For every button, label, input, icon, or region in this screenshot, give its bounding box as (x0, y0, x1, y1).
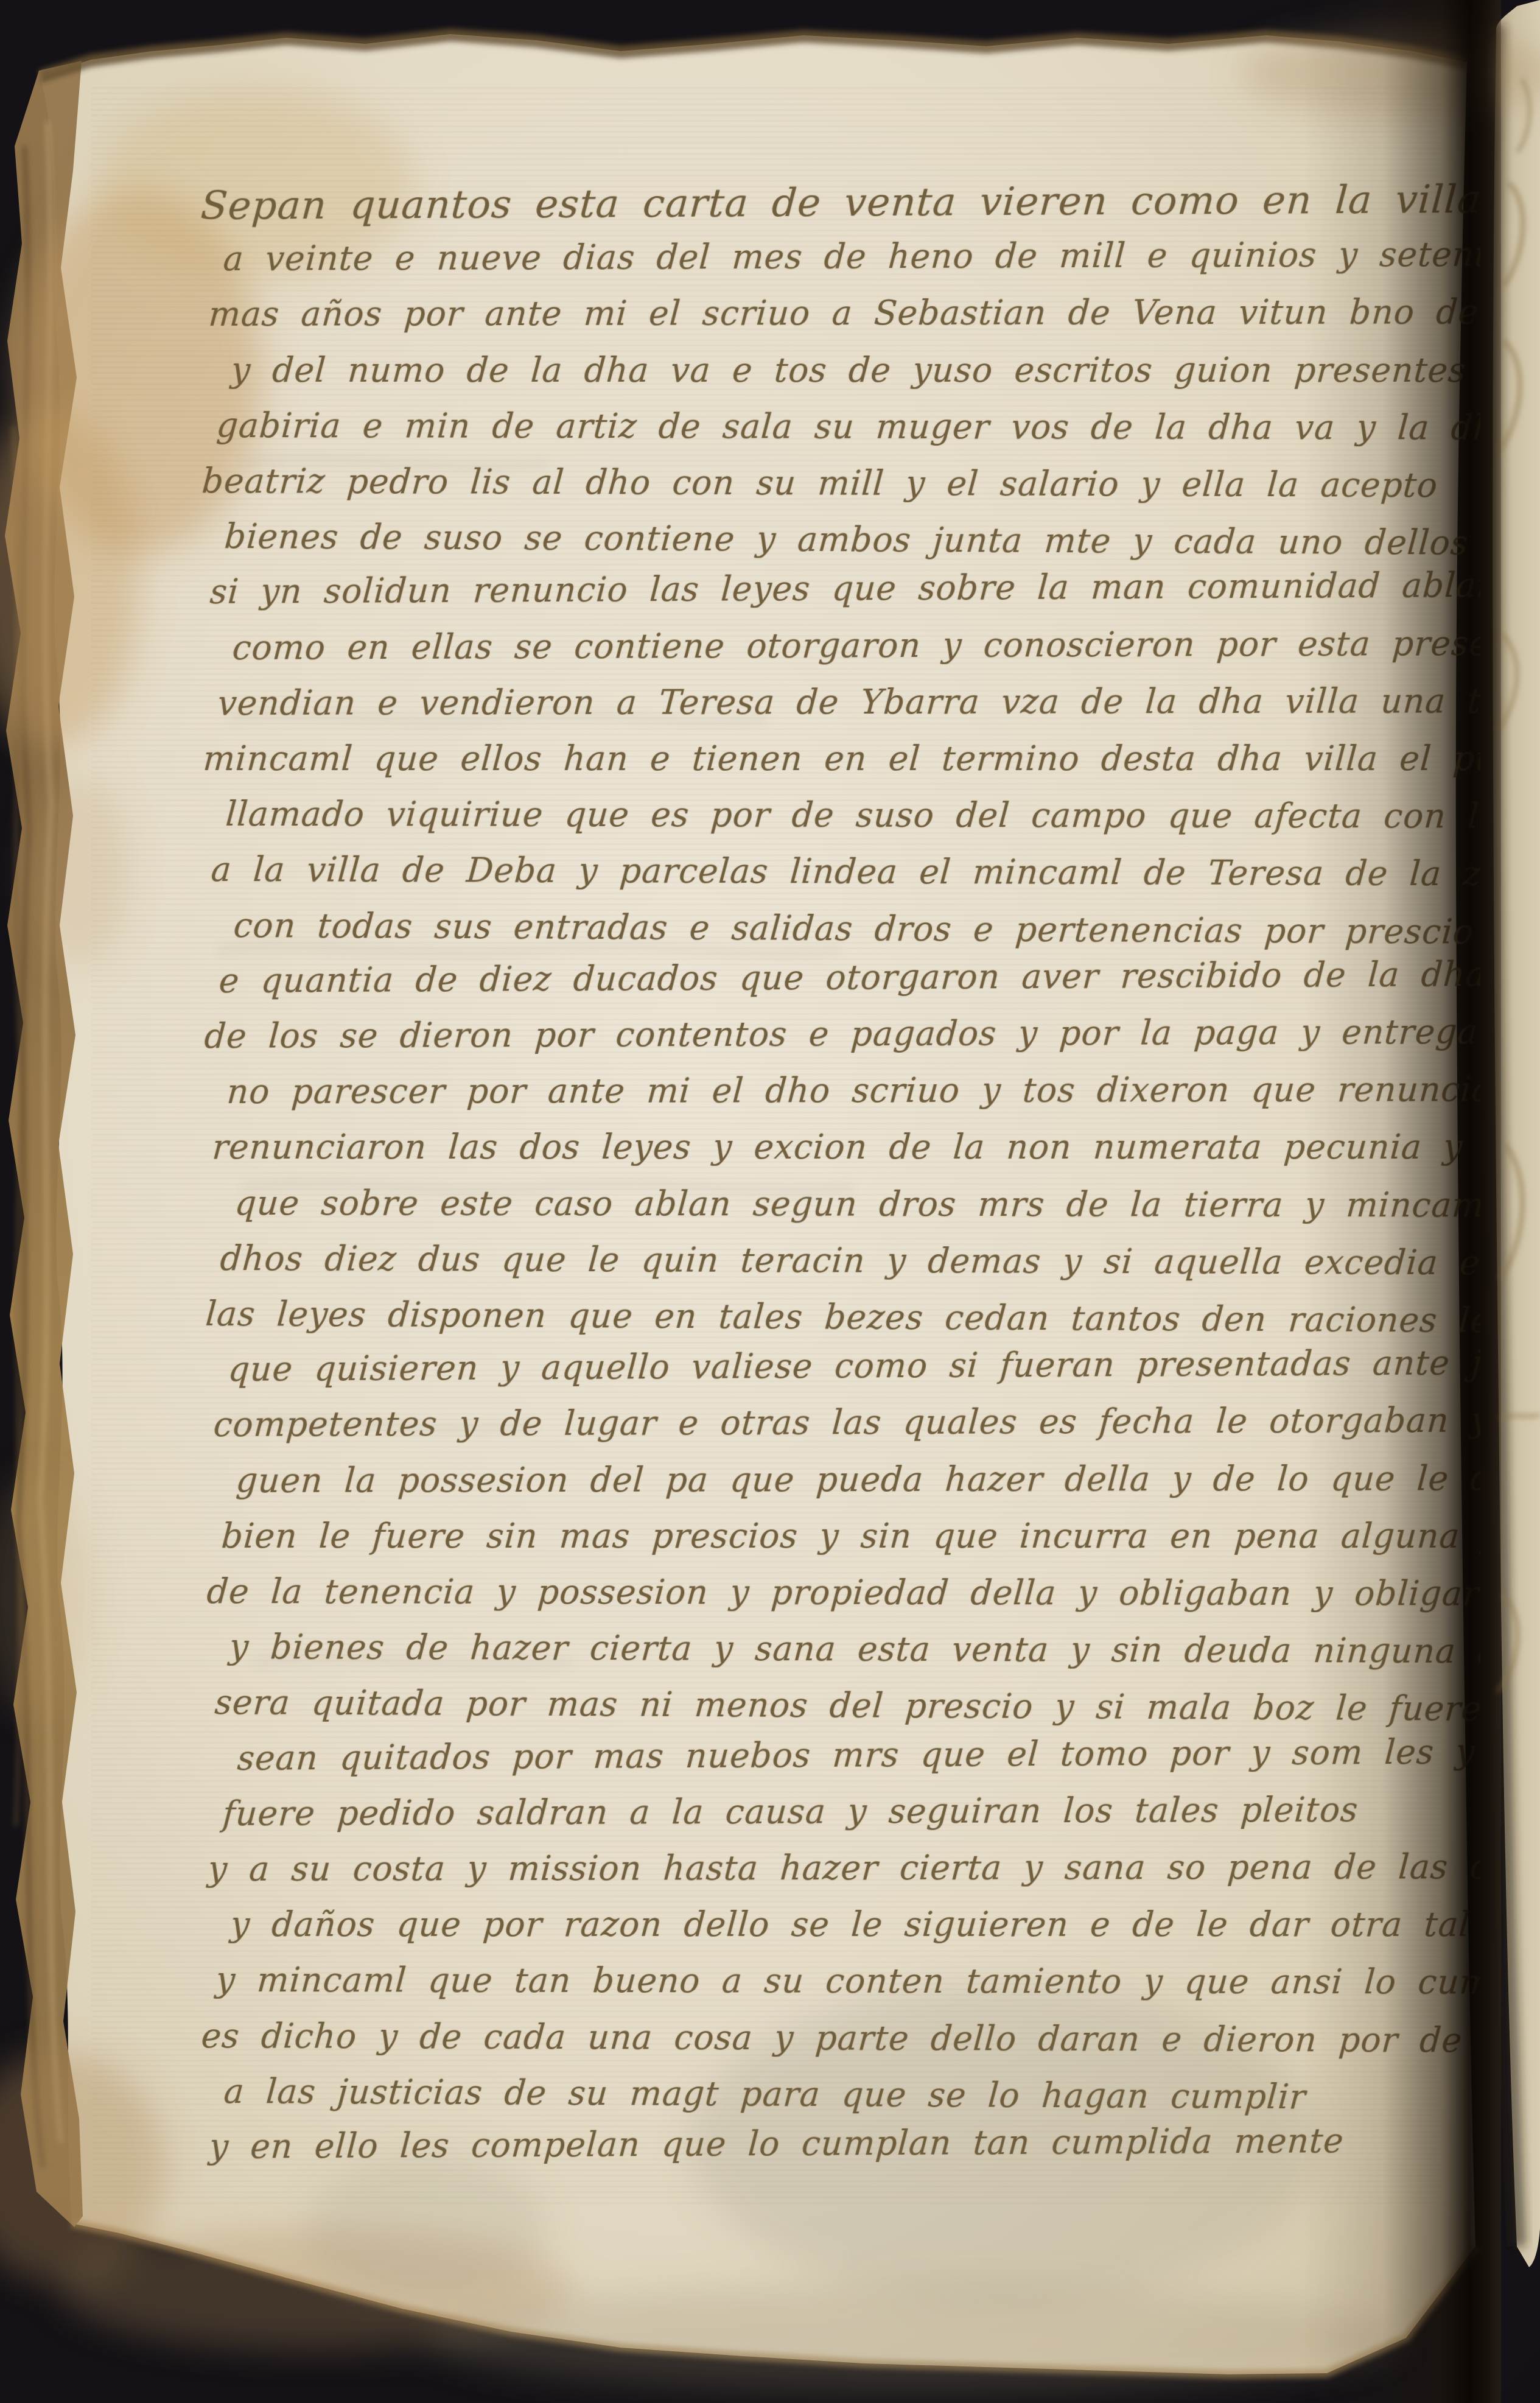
manuscript-line: de los se dieron por contentos e pagados… (203, 1012, 1480, 1056)
manuscript-line: bien le fuere sin mas prescios y sin que… (220, 1517, 1480, 1556)
manuscript-line: bienes de suso se contiene y ambos junta… (223, 517, 1470, 563)
manuscript-line: gabiria e min de artiz de sala su muger … (215, 406, 1480, 447)
manuscript-line: beatriz pedro lis al dho con su mill y e… (201, 461, 1440, 505)
manuscript-line: y a su costa y mission hasta hazer ciert… (207, 1847, 1480, 1889)
manuscript-line: competentes y de lugar e otras las quale… (212, 1401, 1480, 1445)
manuscript-line: a la villa de Deba y parcelas lindea el … (210, 850, 1480, 894)
manuscript-line: a las justicias de su magt para que se l… (223, 2072, 1307, 2116)
manuscript-line: y daños que por razon dello se le siguie… (229, 1905, 1480, 1944)
manuscript-line: las leyes disponen que en tales bezes ce… (205, 1294, 1480, 1341)
manuscript-line: si yn solidun renuncio las leyes que sob… (209, 566, 1480, 611)
manuscript-line: llamado viquiriue que es por de suso del… (225, 795, 1480, 836)
manuscript-line: Sepan quantos esta carta de venta vieren… (200, 176, 1480, 229)
manuscript-line: y mincaml que tan bueno a su conten tami… (215, 1960, 1480, 2002)
manuscript-line: mincaml que ellos han e tienen en el ter… (202, 739, 1480, 778)
manuscript-line: como en ellas se contiene otorgaron y co… (231, 623, 1480, 667)
manuscript-line: vendian e vendieron a Teresa de Ybarra v… (217, 681, 1480, 723)
manuscript-line: que sobre este caso ablan segun dros mrs… (234, 1184, 1480, 1225)
manuscript-line: de la tenencia y possesion y propiedad d… (206, 1572, 1480, 1613)
manuscript-line: a veinte e nueve dias del mes de heno de… (222, 235, 1480, 278)
manuscript-line: fuere pedido saldran a la causa y seguir… (222, 1790, 1360, 1833)
manuscript-line: y del numo de la dha va e tos de yuso es… (230, 351, 1480, 390)
manuscript-line: guen la possesion del pa que pueda hazer… (235, 1459, 1480, 1500)
manuscript-line: y en ello les compelan que lo cumplan ta… (208, 2121, 1345, 2166)
manuscript-scan: Sepan quantos esta carta de venta vieren… (0, 0, 1540, 2403)
manuscript-line: con todas sus entradas e salidas dros e … (233, 906, 1475, 952)
manuscript-line: e quantia de diez ducados que otorgaron … (218, 954, 1480, 1000)
manuscript-line: no parescer por ante mi el dho scriuo y … (226, 1070, 1480, 1111)
manuscript-line: que quisieren y aquello valiese como si … (227, 1343, 1480, 1389)
manuscript-line: renunciaron las dos leyes y excion de la… (211, 1128, 1480, 1166)
manuscript-line: sera quitada por mas ni menos del presci… (214, 1683, 1480, 1729)
manuscript-line: y bienes de hazer cierta y sana esta ven… (228, 1627, 1480, 1671)
manuscript-line: es dicho y de cada una cosa y parte dell… (200, 2016, 1480, 2060)
manuscript-line: mas años por ante mi el scriuo a Sebasti… (208, 292, 1480, 334)
manuscript-line: dhos diez dus que le quin teracin y dema… (219, 1239, 1480, 1283)
manuscript-text-block: Sepan quantos esta carta de venta vieren… (0, 0, 1480, 2403)
manuscript-line: sean quitados por mas nuebos mrs que el … (236, 1731, 1480, 1778)
